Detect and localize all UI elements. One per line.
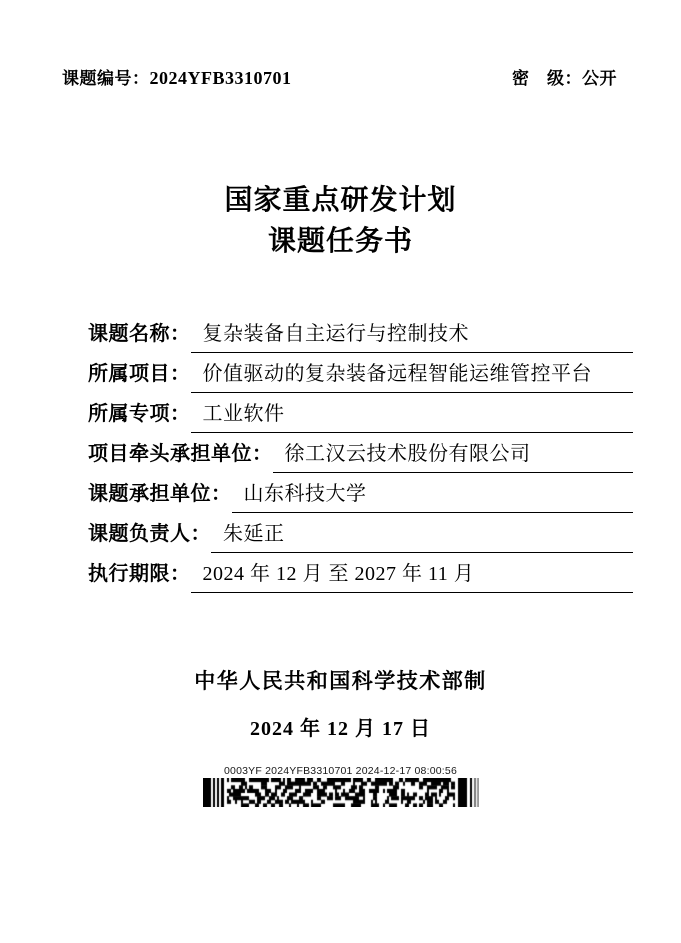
project-number: 课题编号：2024YFB3310701 (62, 64, 292, 89)
form-row-topic-name: 课题名称： 复杂装备自主运行与控制技术 (88, 313, 633, 353)
form-row-execution-period: 执行期限： 2024 年 12 月 至 2027 年 11 月 (88, 553, 633, 593)
field-value: 复杂装备自主运行与控制技术 (191, 317, 634, 353)
barcode-text: 0003YF 2024YFB3310701 2024-12-17 08:00:5… (0, 765, 681, 777)
field-value: 价值驱动的复杂装备远程智能运维管控平台 (191, 357, 634, 393)
form-row-topic-leader: 课题负责人： 朱延正 (88, 513, 633, 553)
form-row-topic-organization: 课题承担单位： 山东科技大学 (88, 473, 633, 513)
field-label: 所属项目： (88, 357, 191, 393)
field-value: 工业软件 (191, 397, 634, 433)
field-value: 朱延正 (211, 517, 633, 553)
barcode-image (203, 778, 479, 807)
form-row-special-program: 所属专项： 工业软件 (88, 393, 633, 433)
field-label: 课题名称： (88, 317, 191, 353)
field-value: 2024 年 12 月 至 2027 年 11 月 (191, 557, 634, 593)
form-row-parent-project: 所属项目： 价值驱动的复杂装备远程智能运维管控平台 (88, 353, 633, 393)
page-header: 课题编号：2024YFB3310701 密 级：公开 (0, 0, 681, 89)
document-page: 课题编号：2024YFB3310701 密 级：公开 国家重点研发计划 课题任务… (0, 0, 681, 943)
info-form: 课题名称： 复杂装备自主运行与控制技术 所属项目： 价值驱动的复杂装备远程智能运… (88, 313, 633, 593)
document-title: 国家重点研发计划 课题任务书 (0, 179, 681, 261)
issue-date: 2024 年 12 月 17 日 (0, 712, 681, 741)
field-value: 徐工汉云技术股份有限公司 (273, 437, 634, 473)
security-level-label: 密 级： (512, 69, 582, 88)
field-label: 项目牵头承担单位： (88, 437, 273, 473)
field-label: 课题负责人： (88, 517, 211, 553)
project-number-label: 课题编号： (62, 69, 150, 88)
security-level: 密 级：公开 (512, 64, 617, 89)
issuing-authority: 中华人民共和国科学技术部制 (0, 665, 681, 695)
barcode-section: 0003YF 2024YFB3310701 2024-12-17 08:00:5… (0, 765, 681, 812)
title-line-1: 国家重点研发计划 (0, 179, 681, 220)
project-number-value: 2024YFB3310701 (150, 68, 292, 88)
field-label: 所属专项： (88, 397, 191, 433)
field-value: 山东科技大学 (232, 477, 634, 513)
field-label: 执行期限： (88, 557, 191, 593)
title-line-2: 课题任务书 (0, 220, 681, 261)
form-row-lead-organization: 项目牵头承担单位： 徐工汉云技术股份有限公司 (88, 433, 633, 473)
field-label: 课题承担单位： (88, 477, 232, 513)
security-level-value: 公开 (582, 69, 617, 88)
